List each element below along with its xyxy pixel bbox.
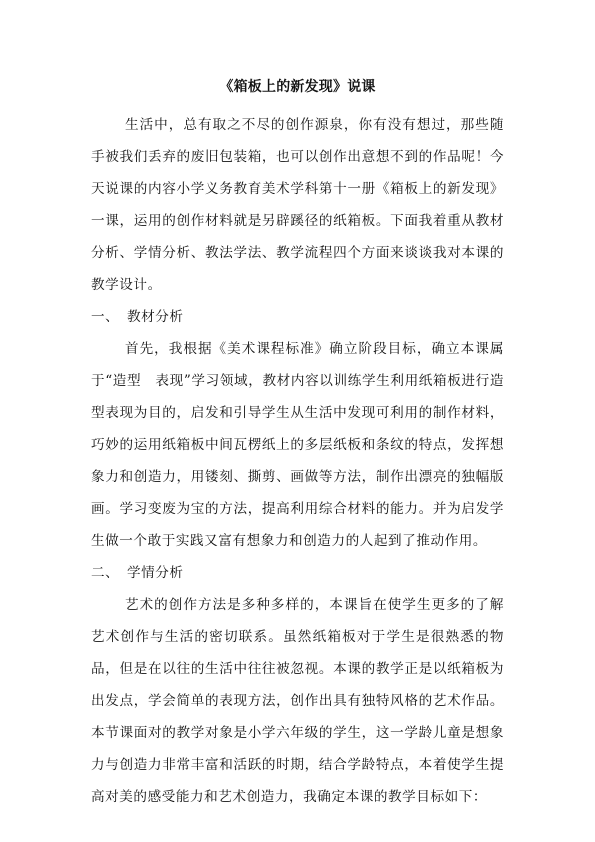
section-title: 教材分析: [127, 309, 184, 325]
document-title: 《箱板上的新发现》说课: [91, 76, 504, 98]
section-number: 二、: [91, 557, 127, 589]
section-title: 学情分析: [127, 565, 184, 581]
section-1-paragraph: 首先，我根据《美术课程标准》确立阶段目标，确立本课属于“造型 表现”学习领域，教…: [91, 333, 504, 557]
document-page: 《箱板上的新发现》说课 生活中，总有取之不尽的创作源泉，你有没有想过，那些随手被…: [0, 0, 595, 842]
section-number: 一、: [91, 301, 127, 333]
document-body: 《箱板上的新发现》说课 生活中，总有取之不尽的创作源泉，你有没有想过，那些随手被…: [91, 76, 504, 813]
section-heading-1: 一、教材分析: [91, 301, 504, 333]
intro-paragraph: 生活中，总有取之不尽的创作源泉，你有没有想过，那些随手被我们丢弃的废旧包装箱，也…: [91, 109, 504, 301]
section-2-paragraph: 艺术的创作方法是多种多样的，本课旨在使学生更多的了解艺术创作与生活的密切联系。虽…: [91, 589, 504, 813]
section-heading-2: 二、学情分析: [91, 557, 504, 589]
